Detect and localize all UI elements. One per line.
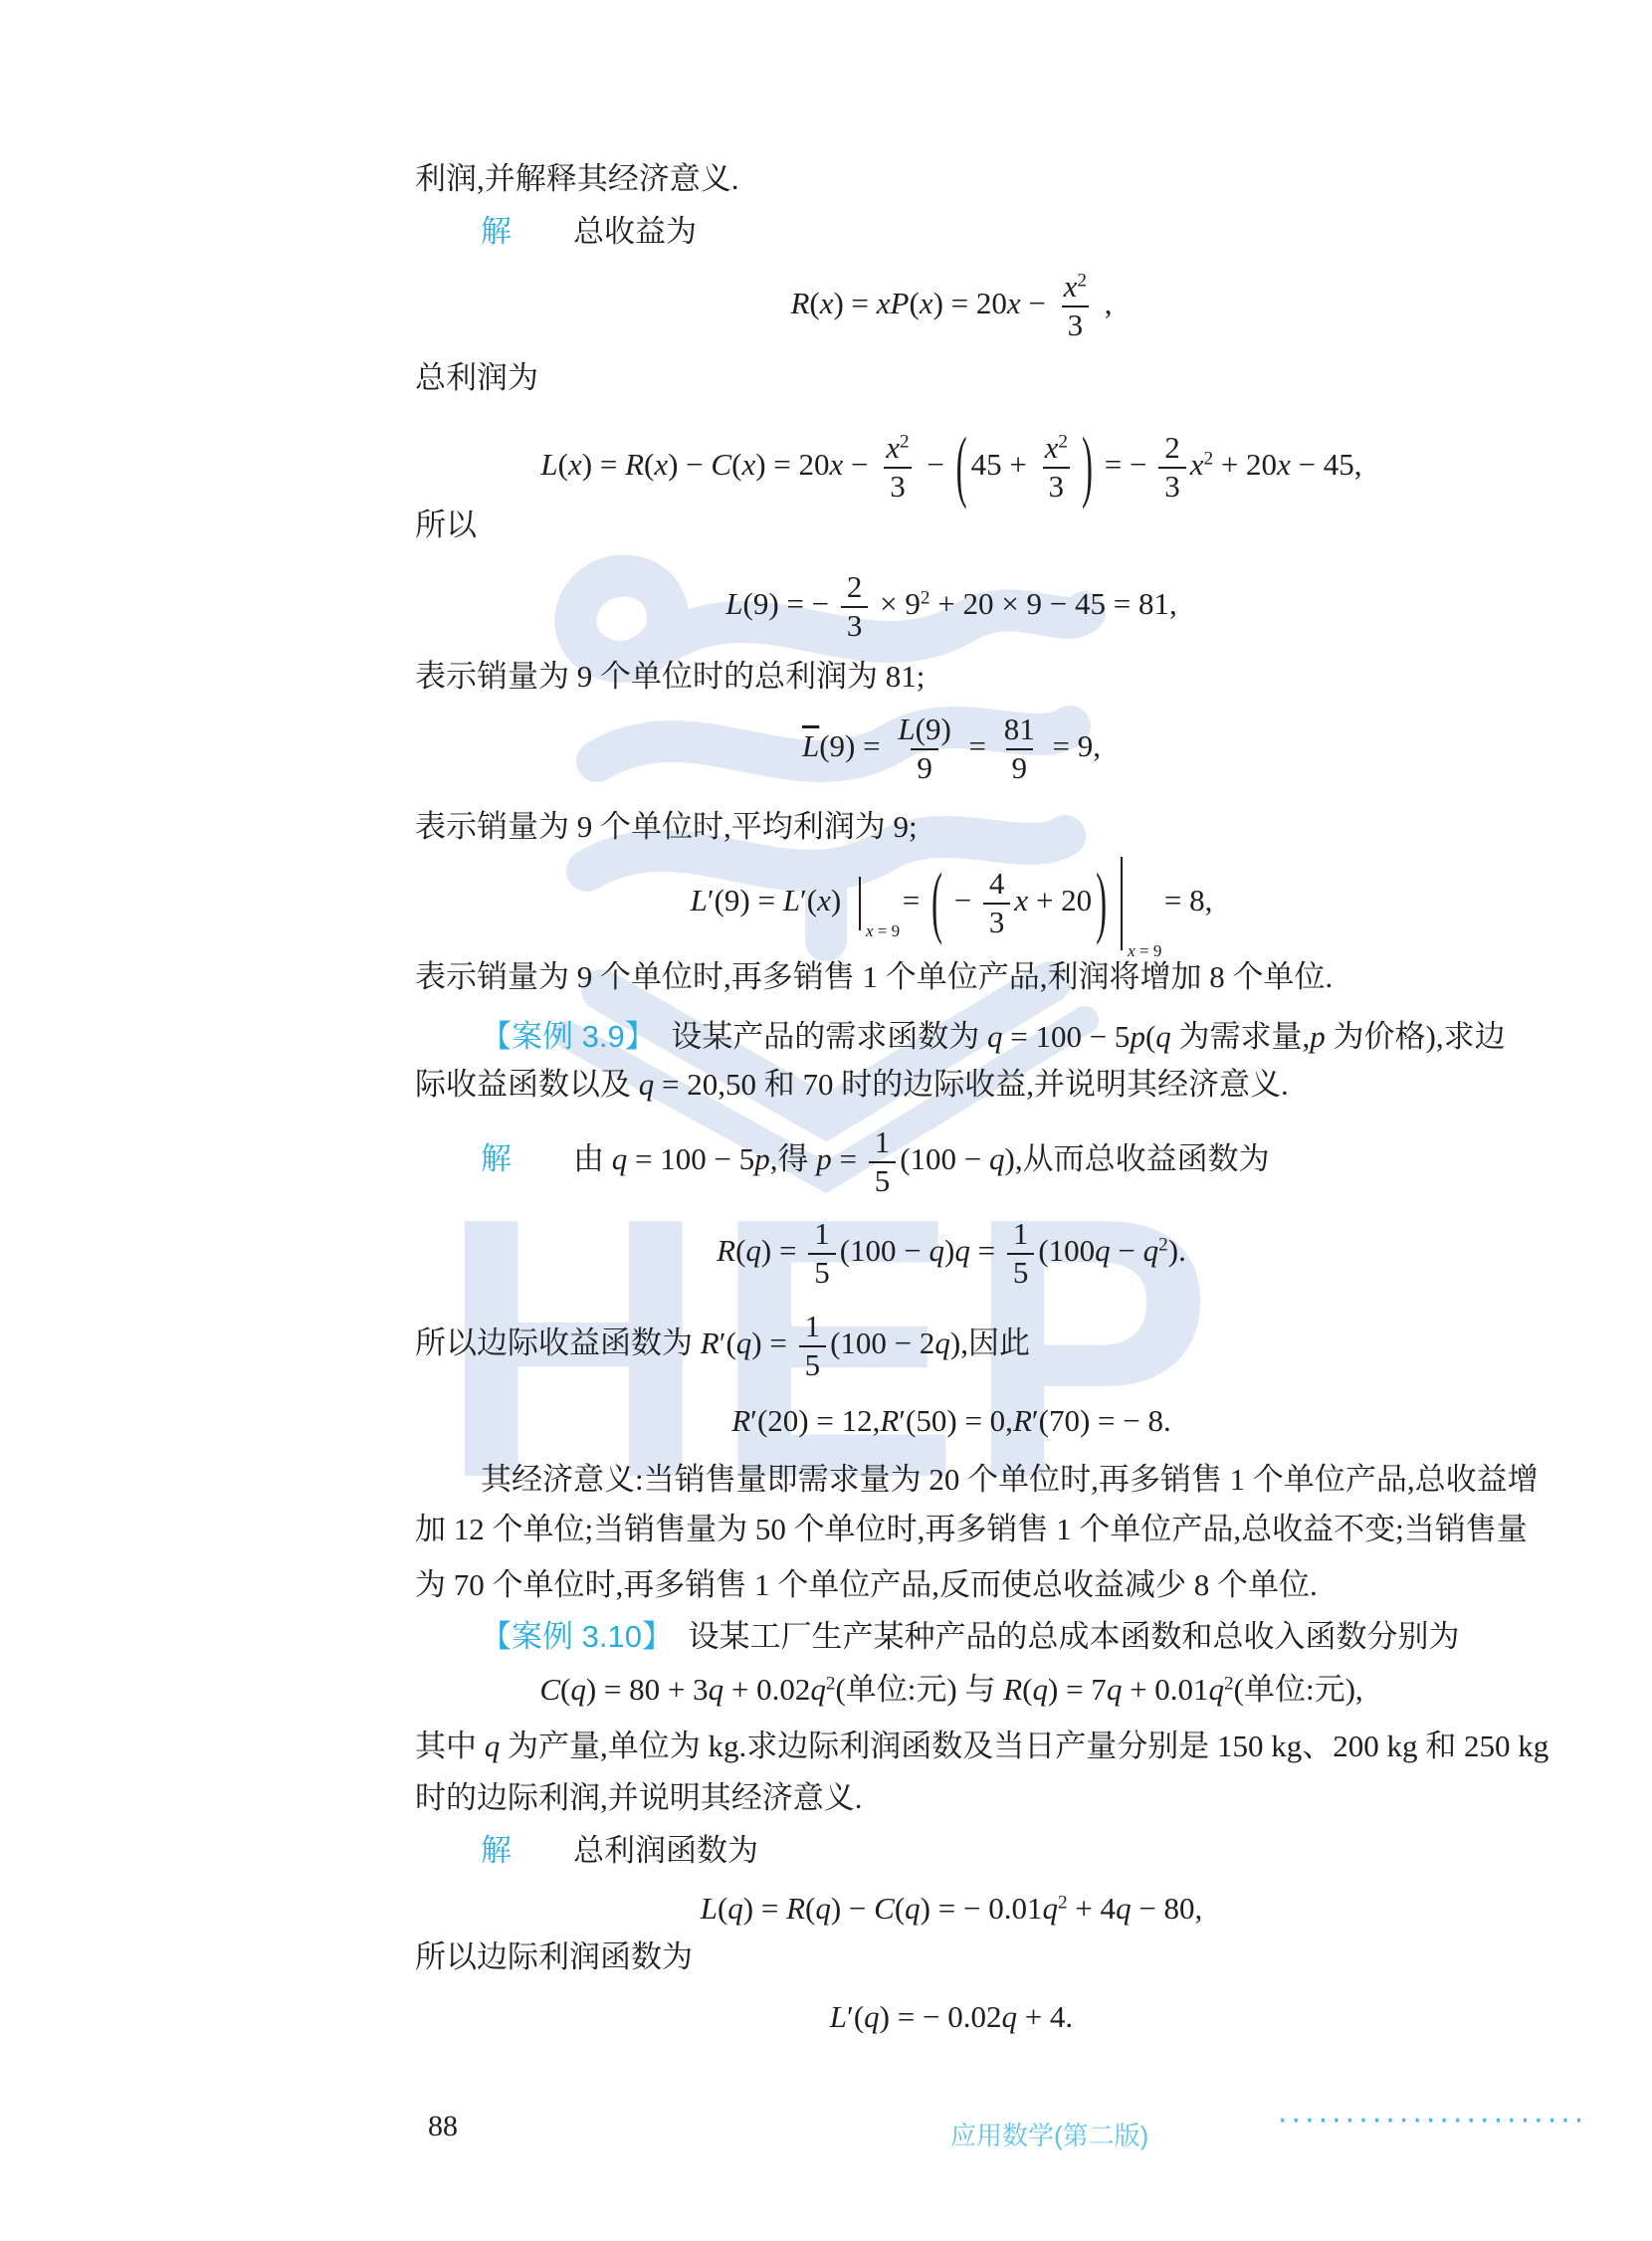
math-variable: L [540, 447, 557, 482]
text-run: ) = 80 + 3 [586, 1672, 709, 1707]
math-variable: q [987, 1019, 1003, 1054]
math-variable: L [701, 1891, 718, 1926]
text-run: ) = [751, 1325, 794, 1360]
text-run: 1 [875, 1124, 891, 1159]
text-run: 3 [1068, 307, 1084, 342]
text-run: 4 [989, 866, 1005, 901]
text-run: − [1021, 286, 1054, 320]
math-variable: p [1130, 1019, 1145, 1054]
formula-line: R′(20) = 12,R′(50) = 0,R′(70) = − 8. [415, 1396, 1488, 1446]
text-run: 5 [805, 1347, 821, 1382]
fraction-denominator: 3 [1158, 467, 1186, 506]
text-run: (9) = − [743, 586, 837, 621]
math-variable: x [820, 286, 834, 320]
evaluation-subscript: x = 9 [866, 922, 900, 939]
text-run: 为需求量, [1171, 1019, 1311, 1054]
text-run: ) [944, 1233, 954, 1268]
math-fraction: 43 [983, 866, 1011, 940]
math-superscript: 2 [1058, 1892, 1068, 1913]
text-run: 1 [805, 1309, 821, 1343]
math-variable: R [701, 1325, 720, 1360]
text-run: 利润,并解释其经济意义. [415, 161, 739, 196]
math-variable: q [1155, 1019, 1171, 1054]
text-line: 解 总收益为 [415, 210, 1553, 254]
math-variable: q [612, 1141, 628, 1176]
formula-line: R(x) = xP(x) = 20x − x23 , [415, 249, 1488, 358]
text-run: 表示销量为 9 个单位时的总利润为 81; [415, 659, 925, 694]
formula-line: R(q) = 15(100 − q)q = 15(100q − q2). [415, 1196, 1488, 1306]
math-superscript: 2 [1158, 1234, 1168, 1255]
text-run: = 9 [874, 921, 901, 940]
math-variable: x [886, 430, 900, 465]
text-run: 加 12 个单位;当销售量为 50 个单位时,再多销售 1 个单位产品,总收益不… [415, 1512, 1528, 1546]
text-run: 为价格),求边 [1326, 1019, 1506, 1054]
text-run: ( [809, 286, 819, 320]
text-run: 总收益为 [512, 214, 697, 249]
text-line: 其经济意义:当销售量即需求量为 20 个单位时,再多销售 1 个单位产品,总收益… [415, 1458, 1553, 1502]
math-fraction: x23 [1039, 430, 1074, 505]
text-run: 1 [814, 1216, 830, 1251]
text-run: = [832, 1141, 865, 1176]
text-run: 设某产品的需求函数为 [640, 1019, 987, 1054]
math-variable: q [864, 1999, 880, 2034]
math-variable: q [709, 1672, 724, 1707]
text-run: ) = [743, 1891, 786, 1926]
text-run: + 20 × 9 − 45 = 81, [930, 586, 1177, 621]
text-run: ( [735, 1233, 745, 1268]
text-run: + 0.02 [723, 1672, 810, 1707]
text-run: ( [558, 447, 568, 482]
text-run: ,得 [770, 1141, 817, 1176]
formula-line: L′(9) = L′(x) x = 9 = ( − 43x + 20)x = 9… [415, 846, 1488, 955]
math-variable: x [1045, 430, 1059, 465]
text-run: ) = 7 [1048, 1672, 1107, 1707]
text-run: ′(20) = 12, [750, 1403, 880, 1438]
formula-line: L(9) = L(9)9 = 819 = 9, [415, 692, 1488, 801]
text-run: ) = − 0.02 [880, 1999, 1002, 2034]
text-run: 9 [917, 750, 932, 785]
fraction-numerator: x2 [880, 430, 915, 467]
math-variable: x [741, 447, 755, 482]
text-run: × 9 [872, 586, 920, 621]
text-run: ) − [831, 1891, 874, 1926]
math-variable: q [1095, 1233, 1111, 1268]
math-variable: x [1007, 286, 1021, 320]
math-variable: q [929, 1233, 945, 1268]
fraction-numerator: x2 [1058, 269, 1093, 306]
math-variable: R [786, 1891, 805, 1926]
text-run: 81 [1004, 712, 1035, 746]
text-run: 3 [847, 608, 863, 643]
math-superscript: 2 [900, 432, 910, 453]
math-variable: L [783, 883, 800, 917]
text-run: , [1097, 286, 1113, 320]
math-variable: q [1209, 1672, 1225, 1707]
math-variable: x [1014, 883, 1028, 917]
text-line: 时的边际利润,并说明其经济意义. [415, 1776, 1488, 1820]
text-run: ),从而总收益函数为 [1005, 1141, 1270, 1176]
math-variable: x [1064, 269, 1078, 304]
fraction-denominator: 5 [869, 1161, 897, 1200]
text-run: 5 [1013, 1255, 1029, 1290]
accent-label: 【案例 3.9】 [481, 1019, 640, 1054]
accent-label: 解 [481, 1833, 512, 1868]
text-run: 3 [989, 905, 1005, 939]
math-variable: q [1143, 1233, 1159, 1268]
text-line: 解 总利润函数为 [415, 1829, 1553, 1873]
text-run: ′(70) = − 8. [1032, 1403, 1171, 1438]
text-run: ) − [668, 447, 711, 482]
formula-line: L′(q) = − 0.02q + 4. [415, 1992, 1488, 2042]
math-fraction: L(9)9 [892, 712, 956, 786]
text-run: ) = 20 [933, 286, 1007, 320]
text-run: 为产量,单位为 kg.求边际利润函数及当日产量分别是 150 kg、200 kg… [500, 1729, 1549, 1763]
text-run: = [895, 883, 928, 917]
text-run: 3 [890, 469, 906, 504]
text-run: = [970, 1233, 1003, 1268]
text-line: 【案例 3.10】 设某工厂生产某种产品的总成本函数和总收入函数分别为 [415, 1615, 1553, 1659]
text-run: 所以边际收益函数为 [415, 1325, 701, 1360]
math-fraction: 15 [808, 1216, 836, 1291]
math-variable: L [898, 712, 915, 746]
text-line: 利润,并解释其经济意义. [415, 157, 1488, 201]
math-variable: q [570, 1672, 586, 1707]
text-line: 表示销量为 9 个单位时,平均利润为 9; [415, 805, 1488, 849]
math-fraction: 15 [799, 1309, 827, 1383]
math-variable: x [920, 286, 933, 320]
text-run: = 100 − 5 [627, 1141, 754, 1176]
math-overline: L [802, 728, 819, 763]
text-run: 其经济意义:当销售量即需求量为 20 个单位时,再多销售 1 个单位产品,总收益… [481, 1462, 1539, 1497]
math-fraction: 23 [1158, 430, 1186, 505]
math-variable: xP [877, 286, 910, 320]
math-variable: q [727, 1891, 743, 1926]
math-variable: q [1116, 1891, 1132, 1926]
text-run: − 80, [1132, 1891, 1203, 1926]
text-line: 总利润为 [415, 356, 1488, 400]
text-run: ) = − 0.01 [921, 1891, 1043, 1926]
math-variable: x [866, 921, 874, 940]
math-superscript: 2 [1077, 271, 1087, 292]
math-variable: R [717, 1233, 735, 1268]
text-run: = − [1097, 447, 1154, 482]
math-fraction: 15 [869, 1124, 897, 1199]
text-run: + 4. [1017, 1999, 1073, 2034]
math-superscript: 2 [921, 587, 930, 608]
math-fraction: 23 [841, 569, 869, 644]
math-fraction: 819 [998, 712, 1041, 786]
text-run: 45 + [971, 447, 1035, 482]
math-variable: x [568, 447, 582, 482]
text-run: − 45, [1291, 447, 1362, 482]
text-run: 由 [512, 1141, 612, 1176]
text-run: 5 [875, 1163, 891, 1198]
fraction-numerator: 2 [841, 569, 869, 606]
text-line: 其中 q 为产量,单位为 kg.求边际利润函数及当日产量分别是 150 kg、2… [415, 1725, 1488, 1768]
text-run: − [920, 447, 952, 482]
math-superscript: 2 [1203, 448, 1213, 469]
math-variable: q [736, 1325, 752, 1360]
text-run: (单位:元), [1234, 1672, 1363, 1707]
fraction-denominator: 3 [1043, 467, 1071, 506]
text-run: 2 [847, 569, 863, 604]
fraction-denominator: 5 [808, 1253, 836, 1292]
fraction-denominator: 3 [983, 903, 1011, 941]
text-run: ). [1168, 1233, 1186, 1268]
evaluation-bar: x = 9 [1111, 857, 1156, 950]
math-variable: q [989, 1141, 1005, 1176]
text-run: 9 [1012, 750, 1028, 785]
math-variable: q [905, 1891, 921, 1926]
math-variable: R [731, 1403, 750, 1438]
text-run: 3 [1049, 469, 1065, 504]
math-variable: q [934, 1325, 950, 1360]
math-variable: q [485, 1729, 501, 1763]
text-run: 际收益函数以及 [415, 1067, 639, 1102]
math-variable: C [539, 1672, 560, 1707]
fraction-denominator: 9 [1006, 748, 1034, 787]
math-variable: L [691, 883, 708, 917]
text-run: ) = 20 [755, 447, 829, 482]
fraction-numerator: 1 [869, 1124, 897, 1161]
text-run: = 100 − 5 [1002, 1019, 1130, 1054]
text-run: 所以 [415, 508, 477, 542]
text-run: ( [805, 1891, 815, 1926]
text-run: ) = [833, 286, 876, 320]
text-run: ( [910, 286, 920, 320]
fraction-numerator: x2 [1039, 430, 1074, 467]
text-run: ′(9) = [708, 883, 783, 917]
math-variable: x [830, 447, 844, 482]
text-run: 总利润为 [415, 360, 538, 395]
math-superscript: 2 [1058, 432, 1068, 453]
fraction-numerator: 2 [1158, 430, 1186, 467]
math-fraction: x23 [1058, 269, 1093, 343]
math-variable: R [1003, 1672, 1022, 1707]
fraction-denominator: 5 [799, 1345, 827, 1384]
text-run: ( [718, 1891, 727, 1926]
math-variable: p [1310, 1019, 1326, 1054]
text-run: + 20 [1028, 883, 1092, 917]
math-variable: x [654, 447, 668, 482]
fraction-numerator: 1 [799, 1309, 827, 1345]
text-run: 时的边际利润,并说明其经济意义. [415, 1780, 863, 1815]
math-variable: R [790, 286, 809, 320]
text-run: 表示销量为 9 个单位时,再多销售 1 个单位产品,利润将增加 8 个单位. [415, 959, 1333, 994]
footer-book-title: 应用数学(第二版) [950, 2116, 1148, 2152]
text-run: 为 70 个单位时,再多销售 1 个单位产品,反而使总收益减少 8 个单位. [415, 1567, 1318, 1602]
text-run: ( [1022, 1672, 1032, 1707]
math-variable: C [711, 447, 731, 482]
text-run: (100 − [900, 1141, 989, 1176]
text-line: 所以 [415, 504, 1488, 547]
text-run: 5 [814, 1255, 830, 1290]
math-variable: p [816, 1141, 832, 1176]
math-variable: q [815, 1891, 831, 1926]
text-run: (100 − 2 [830, 1325, 934, 1360]
text-run: − [843, 447, 876, 482]
accent-label: 【案例 3.10】 [481, 1619, 657, 1654]
text-run: ),因此 [950, 1325, 1030, 1360]
evaluation-rule [859, 877, 861, 930]
text-run: ( [731, 447, 741, 482]
text-run: (9) = [819, 728, 888, 763]
math-variable: R [625, 447, 644, 482]
fraction-numerator: L(9) [892, 712, 956, 748]
formula-line: L(9) = − 23 × 92 + 20 × 9 − 45 = 81, [415, 549, 1488, 659]
math-fraction: x23 [880, 430, 915, 505]
math-variable: L [725, 586, 742, 621]
evaluation-rule [1121, 857, 1123, 950]
text-run: ′(50) = 0, [899, 1403, 1013, 1438]
text-line: 际收益函数以及 q = 20,50 和 70 时的边际收益,并说明其经济意义. [415, 1063, 1488, 1107]
text-run: ) = [582, 447, 625, 482]
text-line: 所以边际收益函数为 R′(q) = 15(100 − 2q),因此 [415, 1299, 1488, 1388]
text-run: ) = [761, 1233, 804, 1268]
formula-line: C(q) = 80 + 3q + 0.02q2(单位:元) 与 R(q) = 7… [415, 1660, 1488, 1720]
text-line: 加 12 个单位;当销售量为 50 个单位时,再多销售 1 个单位产品,总收益不… [415, 1508, 1488, 1551]
formula-line: L(q) = R(q) − C(q) = − 0.01q2 + 4q − 80, [415, 1879, 1488, 1938]
text-run: = 8, [1156, 883, 1212, 917]
math-superscript: 2 [1224, 1673, 1234, 1694]
text-run: ( [560, 1672, 570, 1707]
text-run: ′( [847, 1999, 864, 2034]
text-run: (9) [916, 712, 951, 746]
math-variable: L [830, 1999, 847, 2034]
text-line: 为 70 个单位时,再多销售 1 个单位产品,反而使总收益减少 8 个单位. [415, 1563, 1488, 1607]
fraction-numerator: 1 [1007, 1216, 1035, 1253]
text-run: ( [1145, 1019, 1155, 1054]
math-variable: q [1001, 1999, 1017, 2034]
math-fraction: 15 [1007, 1216, 1035, 1291]
math-variable: x [817, 883, 831, 917]
evaluation-bar: x = 9 [849, 877, 895, 930]
text-run: + 20 [1213, 447, 1277, 482]
math-variable: q [954, 1233, 970, 1268]
text-run: (100 [1038, 1233, 1095, 1268]
math-variable: p [754, 1141, 770, 1176]
math-variable: R [1013, 1403, 1032, 1438]
accent-label: 解 [481, 214, 512, 249]
text-run: ) [831, 883, 849, 917]
text-run: − [946, 883, 979, 917]
text-line: 解 由 q = 100 − 5p,得 p = 15(100 − q),从而总收益… [415, 1115, 1553, 1204]
fraction-denominator: 5 [1007, 1253, 1035, 1292]
text-run: (100 − [840, 1233, 929, 1268]
text-run: = 20,50 和 70 时的边际收益,并说明其经济意义. [654, 1067, 1288, 1102]
text-run: 3 [1164, 469, 1180, 504]
text-run: 表示销量为 9 个单位时,平均利润为 9; [415, 809, 918, 844]
text-run: (单位:元) 与 [835, 1672, 1003, 1707]
fraction-denominator: 3 [841, 606, 869, 645]
text-run: − [1111, 1233, 1143, 1268]
text-run: + 0.01 [1122, 1672, 1208, 1707]
accent-label: 解 [481, 1141, 512, 1176]
text-run: 其中 [415, 1729, 485, 1763]
math-variable: q [1042, 1891, 1058, 1926]
math-variable: x [1190, 447, 1204, 482]
text-run: 设某工厂生产某种产品的总成本函数和总收入函数分别为 [657, 1619, 1459, 1654]
text-run: 2 [1164, 430, 1180, 465]
math-variable: q [745, 1233, 761, 1268]
text-run: ′( [800, 883, 817, 917]
math-variable: q [1033, 1672, 1049, 1707]
text-run: ′( [720, 1325, 736, 1360]
page-number: 88 [428, 2110, 458, 2143]
fraction-numerator: 1 [808, 1216, 836, 1253]
text-run: ( [895, 1891, 905, 1926]
math-variable: q [639, 1067, 655, 1102]
text-run: = 9, [1045, 728, 1101, 763]
text-run: = [961, 728, 994, 763]
text-run: 总利润函数为 [512, 1833, 758, 1868]
math-variable: C [874, 1891, 895, 1926]
text-run: + 4 [1068, 1891, 1116, 1926]
text-line: 表示销量为 9 个单位时,再多销售 1 个单位产品,利润将增加 8 个单位. [415, 955, 1488, 999]
text-line: 【案例 3.9】 设某产品的需求函数为 q = 100 − 5p(q 为需求量,… [415, 1015, 1553, 1059]
math-variable: x [1277, 447, 1291, 482]
math-variable: q [810, 1672, 826, 1707]
fraction-denominator: 3 [884, 467, 912, 506]
text-run: 所以边际利润函数为 [415, 1939, 693, 1974]
text-line: 所以边际利润函数为 [415, 1935, 1488, 1979]
text-run: ( [644, 447, 654, 482]
text-run: 1 [1013, 1216, 1029, 1251]
textbook-page: HEP 利润,并解释其经济意义.解 总收益为R(x) = xP(x) = 20x… [0, 0, 1652, 2241]
fraction-numerator: 81 [998, 712, 1041, 748]
math-variable: R [880, 1403, 899, 1438]
fraction-numerator: 4 [983, 866, 1011, 903]
math-variable: q [1107, 1672, 1123, 1707]
footer-dotted-rule: ······················· [1278, 2104, 1587, 2139]
